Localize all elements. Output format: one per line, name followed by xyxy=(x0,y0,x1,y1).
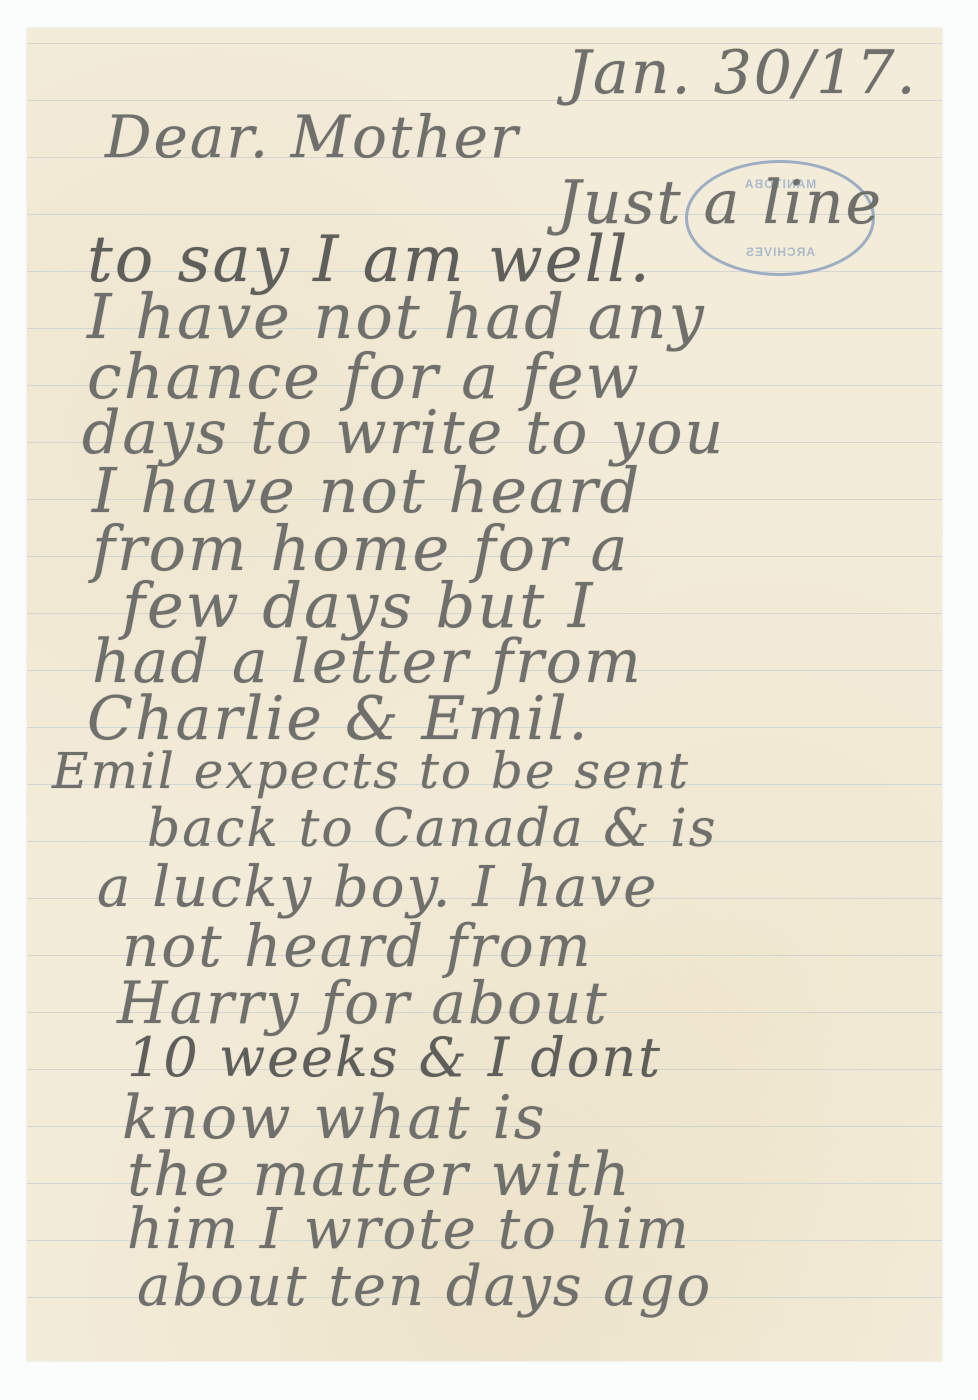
letter-line: I have not had any xyxy=(87,286,706,348)
letter-line: know what is xyxy=(122,1088,547,1148)
letter-line: Harry for about xyxy=(117,974,609,1032)
letter-date: Jan. 30/17. xyxy=(567,43,918,103)
letter-line: had a letter from xyxy=(92,632,643,692)
letter-line: back to Canada & is xyxy=(147,803,717,855)
letter-line: not heard from xyxy=(122,917,593,975)
letter-line: Charlie & Emil. xyxy=(87,689,590,749)
letter-paper: MANITOBA ARCHIVES Jan. 30/17. Dear. Moth… xyxy=(27,28,942,1361)
letter-line: 10 weeks & I dont xyxy=(127,1031,662,1085)
letter-line: about ten days ago xyxy=(137,1259,712,1315)
letter-line: him I wrote to him xyxy=(127,1202,691,1258)
letter-line: a lucky boy. I have xyxy=(97,860,658,916)
letter-line: Emil expects to be sent xyxy=(52,746,690,796)
letter-line: the matter with xyxy=(127,1145,632,1205)
letter-salutation: Dear. Mother xyxy=(105,108,520,166)
stamp-bottom-text: ARCHIVES xyxy=(688,245,872,259)
